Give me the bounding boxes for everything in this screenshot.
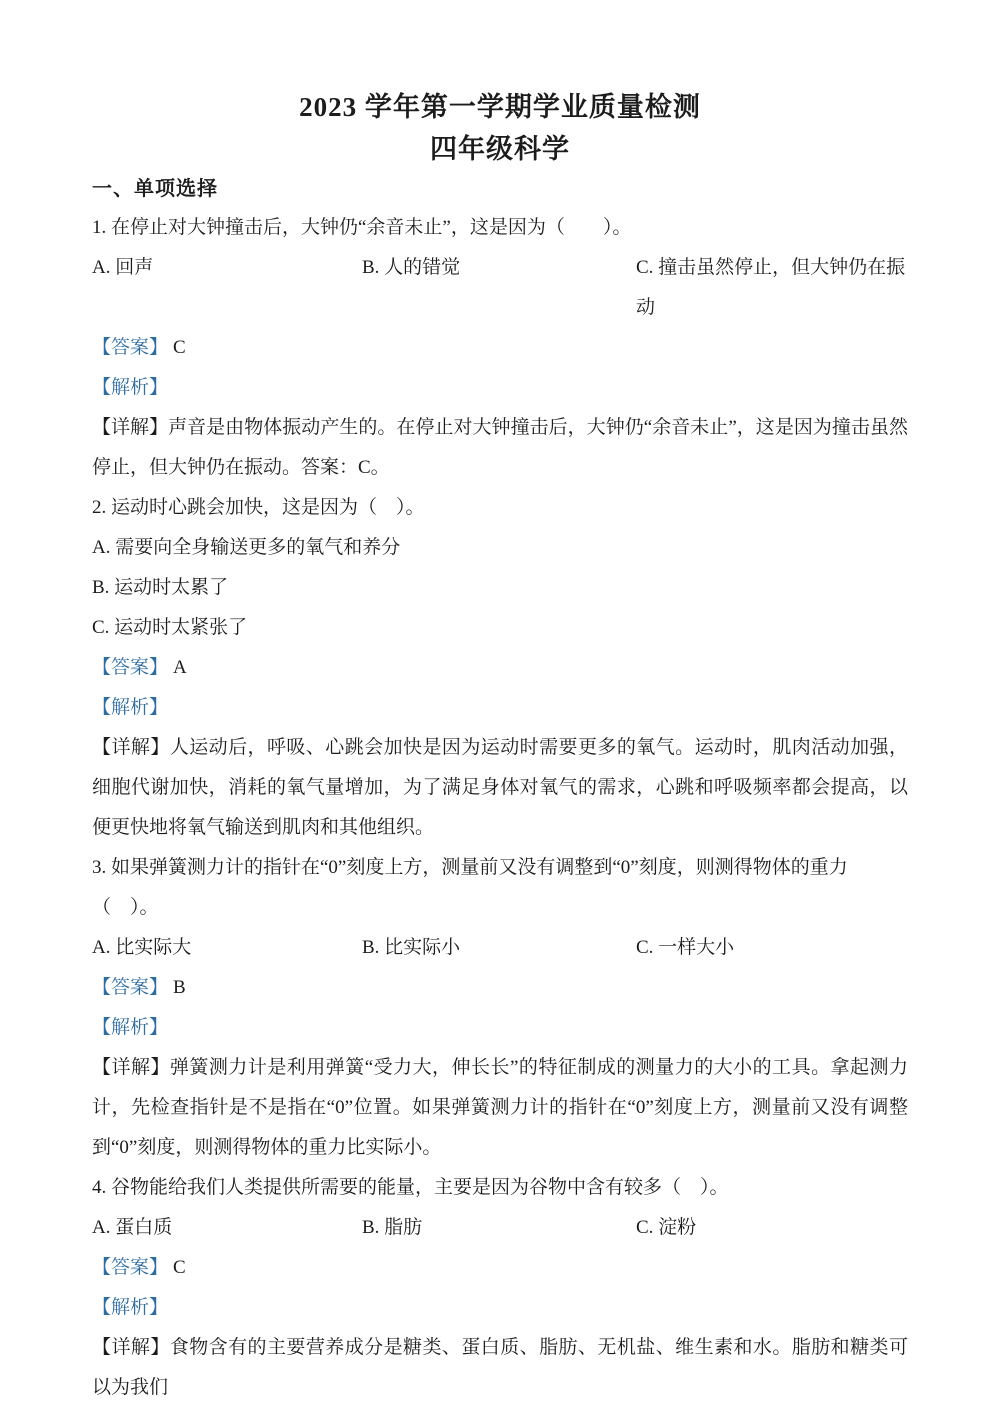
- question-1-stem: 1. 在停止对大钟撞击后，大钟仍“余音未止”，这是因为（ ）。: [92, 208, 908, 248]
- question-3-detail: 【详解】弹簧测力计是利用弹簧“受力大，伸长长”的特征制成的测量力的大小的工具。拿…: [92, 1048, 908, 1168]
- question-3-analysis-line: 【解析】: [92, 1008, 908, 1048]
- answer-label: 【答案】: [92, 337, 168, 358]
- question-2-stem: 2. 运动时心跳会加快，这是因为（ ）。: [92, 488, 908, 528]
- question-1-answer-line: 【答案】C: [92, 328, 908, 368]
- question-4-option-a: A. 蛋白质: [92, 1208, 362, 1248]
- question-2-analysis-line: 【解析】: [92, 688, 908, 728]
- answer-label: 【答案】: [92, 1257, 168, 1278]
- question-4-answer-line: 【答案】C: [92, 1248, 908, 1288]
- exam-document-page: 2023 学年第一学期学业质量检测 四年级科学 一、单项选择 1. 在停止对大钟…: [0, 0, 1000, 1414]
- question-3-option-c: C. 一样大小: [636, 928, 908, 968]
- question-3-option-b: B. 比实际小: [362, 928, 636, 968]
- analysis-label: 【解析】: [92, 377, 168, 398]
- question-3-answer-line: 【答案】B: [92, 968, 908, 1008]
- doc-title-line2: 四年级科学: [92, 128, 908, 170]
- question-4-option-b: B. 脂肪: [362, 1208, 636, 1248]
- question-block-4: 4. 谷物能给我们人类提供所需要的能量，主要是因为谷物中含有较多（ ）。 A. …: [92, 1168, 908, 1408]
- question-3-option-a: A. 比实际大: [92, 928, 362, 968]
- question-1-answer-value: C: [168, 337, 186, 358]
- question-2-answer-value: A: [168, 657, 187, 678]
- question-4-analysis-line: 【解析】: [92, 1288, 908, 1328]
- question-1-option-a: A. 回声: [92, 248, 362, 328]
- question-4-answer-value: C: [168, 1257, 186, 1278]
- page-content: 2023 学年第一学期学业质量检测 四年级科学 一、单项选择 1. 在停止对大钟…: [0, 0, 1000, 1408]
- question-4-stem: 4. 谷物能给我们人类提供所需要的能量，主要是因为谷物中含有较多（ ）。: [92, 1168, 908, 1208]
- question-1-option-c: C. 撞击虽然停止，但大钟仍在振动: [636, 248, 908, 328]
- doc-title-line1: 2023 学年第一学期学业质量检测: [92, 86, 908, 128]
- question-2-option-b: B. 运动时太累了: [92, 568, 908, 608]
- question-1-analysis-line: 【解析】: [92, 368, 908, 408]
- question-2-detail: 【详解】人运动后，呼吸、心跳会加快是因为运动时需要更多的氧气。运动时，肌肉活动加…: [92, 728, 908, 848]
- question-3-options: A. 比实际大 B. 比实际小 C. 一样大小: [92, 928, 908, 968]
- question-1-option-b: B. 人的错觉: [362, 248, 636, 328]
- question-block-1: 1. 在停止对大钟撞击后，大钟仍“余音未止”，这是因为（ ）。 A. 回声 B.…: [92, 208, 908, 488]
- answer-label: 【答案】: [92, 977, 168, 998]
- question-4-detail: 【详解】食物含有的主要营养成分是糖类、蛋白质、脂肪、无机盐、维生素和水。脂肪和糖…: [92, 1328, 908, 1408]
- section-heading: 一、单项选择: [92, 170, 908, 208]
- question-2-answer-line: 【答案】A: [92, 648, 908, 688]
- question-1-options: A. 回声 B. 人的错觉 C. 撞击虽然停止，但大钟仍在振动: [92, 248, 908, 328]
- question-3-answer-value: B: [168, 977, 186, 998]
- question-block-2: 2. 运动时心跳会加快，这是因为（ ）。 A. 需要向全身输送更多的氧气和养分 …: [92, 488, 908, 848]
- analysis-label: 【解析】: [92, 697, 168, 718]
- question-4-option-c: C. 淀粉: [636, 1208, 908, 1248]
- question-1-detail: 【详解】声音是由物体振动产生的。在停止对大钟撞击后，大钟仍“余音未止”，这是因为…: [92, 408, 908, 488]
- analysis-label: 【解析】: [92, 1017, 168, 1038]
- question-block-3: 3. 如果弹簧测力计的指针在“0”刻度上方，测量前又没有调整到“0”刻度，则测得…: [92, 848, 908, 1168]
- analysis-label: 【解析】: [92, 1297, 168, 1318]
- question-3-stem: 3. 如果弹簧测力计的指针在“0”刻度上方，测量前又没有调整到“0”刻度，则测得…: [92, 848, 908, 928]
- question-2-option-a: A. 需要向全身输送更多的氧气和养分: [92, 528, 908, 568]
- question-2-option-c: C. 运动时太紧张了: [92, 608, 908, 648]
- question-4-options: A. 蛋白质 B. 脂肪 C. 淀粉: [92, 1208, 908, 1248]
- answer-label: 【答案】: [92, 657, 168, 678]
